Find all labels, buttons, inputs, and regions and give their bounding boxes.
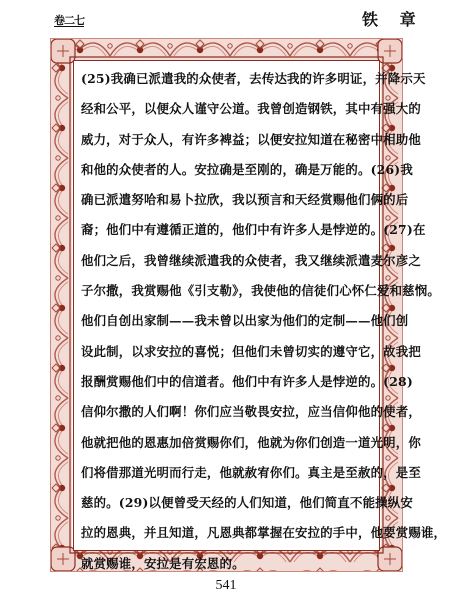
text-line: 威力，对于众人，有许多裨益；以便安拉知道在秘密中相助他 <box>81 125 373 155</box>
text-line: 信仰尔撒的人们啊！你们应当敬畏安拉，应当信仰他的使者， <box>81 397 373 427</box>
page-number: 541 <box>0 578 452 594</box>
text-line: 确已派遣努哈和易卜拉欣，我以预言和天经赏赐他们俩的后 <box>81 185 373 215</box>
text-line: 报酬赏赐他们中的信道者。他们中有许多人是悖逆的。(28) <box>81 367 373 397</box>
text-line: 他们之后，我曾继续派遣我的众使者，我又继续派遣麦尔彦之 <box>81 246 373 276</box>
text-line: 经和公平，以便众人谨守公道。我曾创造钢铁，其中有强大的 <box>81 94 373 124</box>
text-line: 设此制，以求安拉的喜悦；但他们未曾切实的遵守它，故我把 <box>81 337 373 367</box>
scripture-text: (25)我确已派遣我的众使者，去传达我的许多明证，并降示天 经和公平，以便众人谨… <box>81 64 373 579</box>
text-line: 他就把他的恩惠加倍赏赐你们，他就为你们创造一道光明，你 <box>81 428 373 458</box>
volume-label: 卷二七 <box>54 12 84 28</box>
text-line: 他们自创出家制——我未曾以出家为他们的定制——他们创 <box>81 306 373 336</box>
text-line: 慈的。(29)以便曾受天经的人们知道，他们简直不能操纵安 <box>81 488 373 518</box>
text-line: 子尔撒，我赏赐他《引支勒》，我使他的信徒们心怀仁爱和慈悯。 <box>81 276 373 306</box>
chapter-title: 铁 章 <box>362 7 424 30</box>
text-line: 们将借那道光明而行走，他就赦宥你们。真主是至赦的，是至 <box>81 458 373 488</box>
text-line: 和他的众使者的人。安拉确是至刚的，确是万能的。(26)我 <box>81 155 373 185</box>
text-line: 裔；他们中有遵循正道的，他们中有许多人是悖逆的。(27)在 <box>81 215 373 245</box>
text-line: 就赏赐谁，安拉是有宏恩的。 <box>81 549 373 579</box>
text-line: (25)我确已派遣我的众使者，去传达我的许多明证，并降示天 <box>81 64 373 94</box>
text-line: 拉的恩典，并且知道，凡恩典都掌握在安拉的手中，他要赏赐谁， <box>81 518 373 548</box>
